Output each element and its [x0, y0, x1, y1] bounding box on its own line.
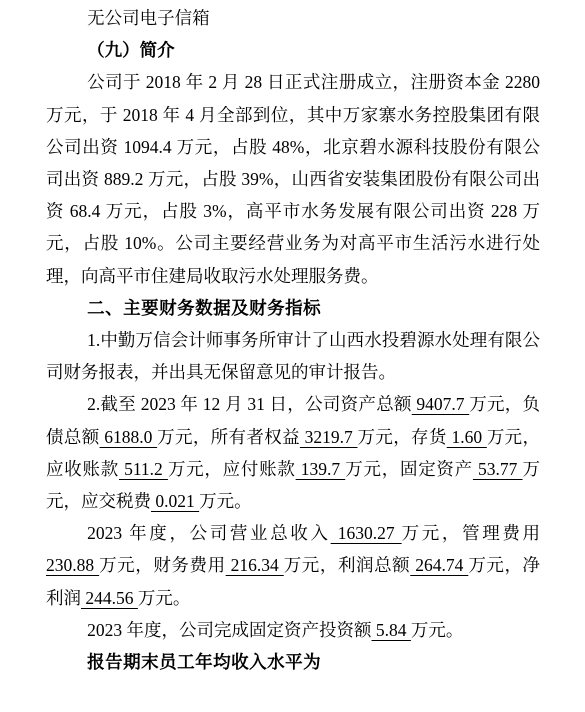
text-run: 万元。 — [138, 588, 191, 608]
value-financial-expenses: 216.34 — [226, 555, 284, 575]
value-total-revenue: 1630.27 — [331, 523, 402, 543]
para-no-email: 无公司电子信箱 — [46, 2, 540, 34]
value-accounts-payable: 139.7 — [296, 459, 346, 479]
text-run: 万元，固定资产 — [345, 459, 473, 479]
heading-financial-data: 二、主要财务数据及财务指标 — [46, 292, 540, 324]
text-run: 万元，管理费用 — [402, 523, 540, 543]
para-income-statement: 2023 年度，公司营业总收入 1630.27 万元，管理费用 230.88 万… — [46, 517, 540, 614]
para-audit: 1.中勤万信会计师事务所审计了山西水投碧源水处理有限公司财务报表，并出具无保留意… — [46, 324, 540, 388]
value-fixed-assets: 53.77 — [473, 459, 523, 479]
heading-text: 二、主要财务数据及财务指标 — [87, 298, 321, 318]
heading-salary: 报告期末员工年均收入水平为 — [46, 646, 540, 678]
text-run: 公司于 2018 年 2 月 28 日正式注册成立，注册资本金 2280 万元，… — [46, 72, 540, 285]
text-run: 万元，利润总额 — [284, 555, 411, 575]
heading-intro: （九）简介 — [46, 34, 540, 66]
para-investment: 2023 年度，公司完成固定资产投资额 5.84 万元。 — [46, 614, 540, 646]
value-taxes-payable: 0.021 — [151, 491, 199, 511]
text-run: 万元。 — [199, 491, 252, 511]
value-net-profit: 244.56 — [81, 588, 138, 608]
para-company-intro: 公司于 2018 年 2 月 28 日正式注册成立，注册资本金 2280 万元，… — [46, 66, 540, 291]
text-run: 2.截至 2023 年 12 月 31 日，公司资产总额 — [87, 394, 412, 414]
value-inventory: 1.60 — [447, 427, 487, 447]
value-accounts-receivable: 511.2 — [119, 459, 168, 479]
value-fixed-asset-investment: 5.84 — [372, 620, 411, 640]
value-total-profit: 264.74 — [410, 555, 468, 575]
text-run: 万元，存货 — [358, 427, 447, 447]
text-run: 2023 年度，公司营业总收入 — [87, 523, 331, 543]
value-total-liabilities: 6188.0 — [100, 427, 158, 447]
para-balance-sheet: 2.截至 2023 年 12 月 31 日，公司资产总额 9407.7 万元，负… — [46, 388, 540, 517]
heading-text: 报告期末员工年均收入水平为 — [87, 652, 321, 672]
text-run: 2023 年度，公司完成固定资产投资额 — [87, 620, 371, 640]
text-run: 1.中勤万信会计师事务所审计了山西水投碧源水处理有限公司财务报表，并出具无保留意… — [46, 330, 540, 382]
text-run: 万元。 — [411, 620, 464, 640]
text-run: 万元，财务费用 — [99, 555, 226, 575]
text-run: 无公司电子信箱 — [87, 8, 210, 28]
heading-text: （九）简介 — [87, 40, 175, 60]
value-total-assets: 9407.7 — [412, 394, 469, 414]
text-run: 万元，所有者权益 — [157, 427, 300, 447]
document-page: 无公司电子信箱 （九）简介 公司于 2018 年 2 月 28 日正式注册成立，… — [0, 0, 585, 712]
value-admin-expenses: 230.88 — [46, 555, 99, 575]
value-owners-equity: 3219.7 — [300, 427, 358, 447]
text-run: 万元，应付账款 — [168, 459, 296, 479]
